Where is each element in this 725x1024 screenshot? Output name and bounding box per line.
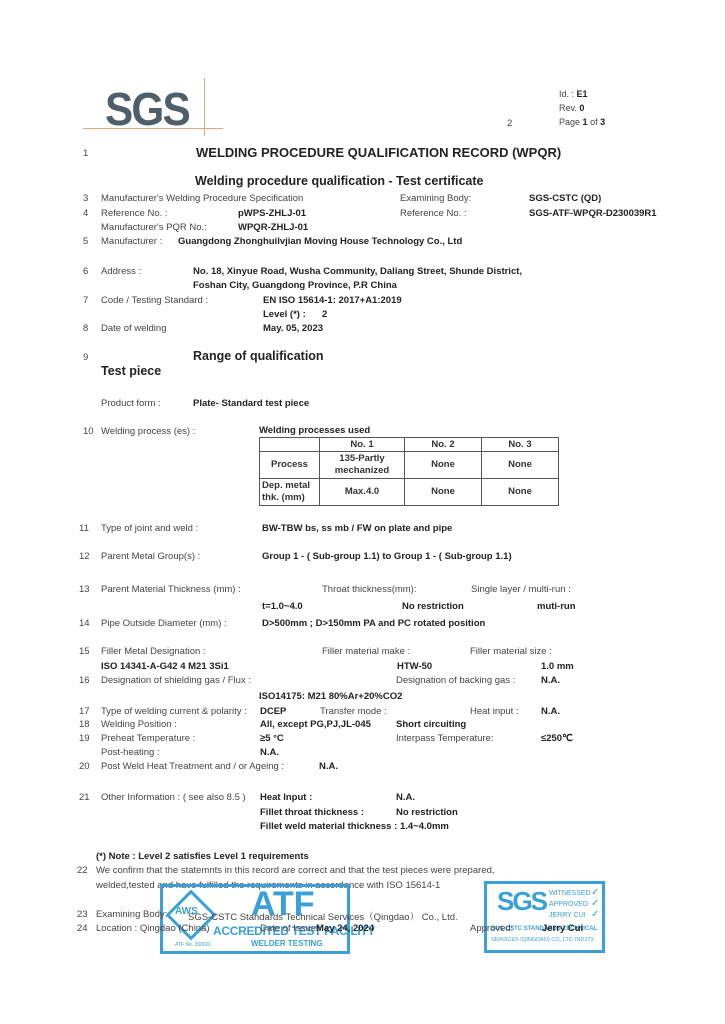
backing-gas-label: Designation of backing gas : [396,675,515,686]
issue-date-label: Date of Issue: [260,923,319,934]
parent-metal-group-label: Parent Metal Group(s) : [101,551,200,562]
line-number: 10 [83,426,94,437]
line-number: 7 [83,295,88,306]
stamp-witnessed: WITNESSED [549,890,591,897]
line-number: 9 [83,352,88,363]
logo-rule-horizontal [83,128,223,129]
filler-size-label: Filler material size : [470,646,552,657]
line-number: 11 [79,523,89,534]
preheat-label: Preheat Temperature : [101,733,195,744]
heat-input-label: Heat input : [470,706,519,717]
table-cell: None [405,452,482,479]
pwht-value: N.A. [319,761,338,772]
welding-process-label: Welding process (es) : [101,426,195,437]
manufacturer-label: Manufacturer : [101,236,162,247]
row-header: Process [260,452,320,479]
approved-by-value: Jerry Cui [542,923,583,934]
transfer-mode-value: Short circuiting [396,719,466,730]
line-number: 24 [77,923,88,934]
process-table-title: Welding processes used [259,425,370,436]
check-icon: ✓ [591,898,599,909]
examining-body-label: Examining Body: [400,193,471,204]
layer-value: muti-run [537,601,576,612]
line-number: 3 [83,193,88,204]
joint-type-label: Type of joint and weld : [101,523,198,534]
address-label: Address : [101,266,141,277]
line-number: 14 [79,618,90,629]
other-info-label: Other Information : ( see also 8.5 ) [101,792,246,803]
document-title: WELDING PROCEDURE QUALIFICATION RECORD (… [196,145,561,160]
reference-no-label: Reference No. : [101,208,168,219]
line-number: 20 [79,761,90,772]
filler-size-value: 1.0 mm [541,661,574,672]
line-number: 13 [79,584,90,595]
pqr-no-label: Manufacturer's PQR No.: [101,222,207,233]
confirmation-line-1: We confirm that the statemnts in this re… [96,865,495,876]
table-cell: None [482,452,559,479]
approved-label: Approved: [470,923,513,934]
post-heating-value: N.A. [260,747,279,758]
post-heating-label: Post-heating : [101,747,160,758]
issue-date-value: May 24, 2024 [316,923,374,934]
check-icon: ✓ [591,887,599,898]
stamp-signatory: JERRY CUI [549,912,586,919]
throat-thickness-label: Throat thickness(mm): [322,584,417,595]
pipe-diameter-label: Pipe Outside Diameter (mm) : [101,618,227,629]
address-line-2: Foshan City, Guangdong Province, P.R Chi… [193,280,397,291]
current-polarity-value: DCEP [260,706,286,717]
line-number: 8 [83,323,88,334]
other-info-item-value: No restriction [396,807,458,818]
other-info-item-value: 1.4~4.0mm [400,821,449,832]
examiner-reference-value: SGS-ATF-WPQR-D230039R1 [529,208,657,219]
current-polarity-label: Type of welding current & polarity : [101,706,247,717]
examiner-reference-label: Reference No. : [400,208,467,219]
standard-label: Code / Testing Standard : [101,295,208,306]
line-number: 5 [83,236,88,247]
column-header: No. 3 [482,438,559,452]
sgs-stamp-logo: SGS [497,886,546,917]
wps-label: Manufacturer's Welding Procedure Specifi… [101,193,303,204]
range-heading: Range of qualification [193,349,324,363]
table-header-row: No. 1 No. 2 No. 3 [260,438,559,452]
atf-number: ATF No. 200601 [175,942,211,948]
line-number: 17 [79,706,90,717]
throat-thickness-value: No restriction [402,601,464,612]
location: Location : Qingdao (China) [96,923,210,934]
pwht-label: Post Weld Heat Treatment and / or Ageing… [101,761,284,772]
check-icon: ✓ [591,909,599,920]
parent-thickness-value: t=1.0~4.0 [262,601,303,612]
parent-metal-group-value: Group 1 - ( Sub-group 1.1) to Group 1 - … [262,551,512,562]
interpass-value: ≤250℃ [541,733,573,744]
examining-body-footer-label: Examining Body: [96,909,167,920]
reference-no-value: pWPS-ZHLJ-01 [238,208,306,219]
address-line-1: No. 18, Xinyue Road, Wusha Community, Da… [193,266,522,277]
other-info-item-value: N.A. [396,792,415,803]
level-value: 2 [322,309,327,320]
certificate-heading: Welding procedure qualification - Test c… [195,174,483,188]
column-header: No. 1 [320,438,405,452]
welding-position-value: All, except PG,PJ,JL-045 [260,719,371,730]
line-number: 16 [79,675,90,686]
joint-type-value: BW-TBW bs, ss mb / FW on plate and pipe [262,523,452,534]
other-info-item-label: Fillet weld material thickness : [260,821,397,832]
layer-label: Single layer / multi-run : [471,584,571,595]
stamp-approved: APPROVED [549,901,588,908]
line-number: 1 [83,148,88,159]
test-piece-heading: Test piece [101,364,161,378]
line-number: 22 [77,865,88,876]
preheat-value: ≥5 °C [260,733,284,744]
row-header: Dep. metal thk. (mm) [260,479,320,506]
standard-value: EN ISO 15614-1: 2017+A1:2019 [263,295,402,306]
line-number: 15 [79,646,90,657]
welding-process-table: No. 1 No. 2 No. 3 Process 135-Partly mec… [259,437,559,506]
atf-line-2: WELDER TESTING [251,939,323,948]
doc-revision: Rev. 0 [559,103,584,113]
table-row: Dep. metal thk. (mm) Max.4.0 None None [260,479,559,506]
line-number: 19 [79,733,90,744]
line-number: 4 [83,208,88,219]
level-note: (*) Note : Level 2 satisfies Level 1 req… [96,851,309,862]
line-number: 23 [77,909,88,920]
transfer-mode-label: Transfer mode : [320,706,387,717]
pqr-no-value: WPQR-ZHLJ-01 [238,222,308,233]
filler-designation-value: ISO 14341-A-G42 4 M21 3Si1 [101,661,229,672]
heat-input-value: N.A. [541,706,560,717]
examining-body-footer-value: SGS-CSTC Standards Technical Services（Qi… [188,909,458,923]
filler-designation-label: Filler Metal Designation : [101,646,206,657]
line-number: 12 [79,551,90,562]
table-cell: None [482,479,559,506]
parent-thickness-label: Parent Material Thickness (mm) : [101,584,241,595]
doc-id: Id. : E1 [559,89,588,99]
stamp-company-line-2: SERVICES (QINGDAO) CO.,LTD [491,937,573,943]
other-info-item-label: Heat Input : [260,792,312,803]
sgs-approval-stamp: SGS WITNESSED APPROVED JERRY CUI ✓ ✓ ✓ S… [484,881,605,953]
other-info-item-label: Fillet throat thickness : [260,807,364,818]
level-label: Level (*) : [263,309,306,320]
stamp-code: IND173 [575,937,594,943]
shielding-gas-value: ISO14175: M21 80%Ar+20%CO2 [259,691,402,702]
filler-make-label: Filler material make : [322,646,410,657]
table-row: Process 135-Partly mechanized None None [260,452,559,479]
page-indicator: Page 1 of 3 [559,117,605,127]
line-number: 18 [79,719,90,730]
product-form-label: Product form : [101,398,161,409]
table-cell: None [405,479,482,506]
table-cell: 135-Partly mechanized [320,452,405,479]
table-corner-cell [260,438,320,452]
page-marker: 2 [507,118,512,129]
backing-gas-value: N.A. [541,675,560,686]
table-cell: Max.4.0 [320,479,405,506]
product-form-value: Plate- Standard test piece [193,398,309,409]
line-number: 21 [79,792,90,803]
filler-make-value: HTW-50 [397,661,432,672]
column-header: No. 2 [405,438,482,452]
pipe-diameter-value: D>500mm ; D>150mm PA and PC rotated posi… [262,618,485,629]
welding-position-label: Welding Position : [101,719,177,730]
manufacturer-value: Guangdong Zhonghuilvjian Moving House Te… [178,236,462,247]
logo-rule-vertical [204,78,205,136]
line-number: 6 [83,266,88,277]
welding-date-label: Date of welding [101,323,166,334]
interpass-label: Interpass Temperature: [396,733,494,744]
welding-date-value: May. 05, 2023 [263,323,323,334]
examining-body-value: SGS-CSTC (QD) [529,193,601,204]
sgs-logo: SGS [83,78,223,136]
shielding-gas-label: Designation of shielding gas / Flux : [101,675,251,686]
